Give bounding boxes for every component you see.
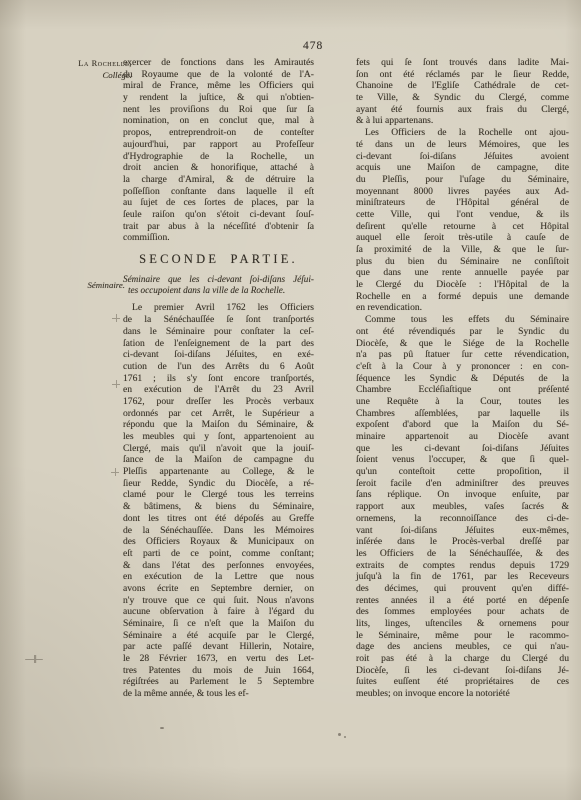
left-column: exercer de fonctions dans les Amirautésd…	[123, 57, 314, 700]
text-line: en exécution de l'Arrêt du 23 Avril	[123, 384, 314, 396]
paragraph-seminaire-1: Le premier Avril 1762 les Officiersde la…	[123, 302, 314, 699]
section-subtitle: Séminaire que les ci-devant ſoi-diſans J…	[123, 274, 314, 297]
text-line: Chanoine de l'Egliſe Cathédrale de cet-	[356, 80, 569, 92]
text-line: ont été révendiqués par le Syndic du	[356, 326, 569, 338]
text-line: ayant été fournis aux frais du Clergé,	[356, 104, 569, 116]
text-line: ſoient venus l'occuper, & que ſi quel-	[356, 454, 569, 466]
handwritten-plus-mark	[112, 380, 120, 388]
text-line: Diocèſe, ſi les ci-devant ſoi-diſans Jé-	[356, 665, 569, 677]
right-column: fets qui ſe ſont trouvés dans ladite Mai…	[356, 57, 569, 700]
text-line: que dans une rente annuelle payée par	[356, 267, 569, 279]
text-line: miral de France, même les Officiers qui	[123, 80, 314, 92]
text-line: ordonnés par cet Arrêt, le Supérieur a	[123, 408, 314, 420]
text-line: nomination, on en conclut que, mal à	[123, 115, 314, 127]
text-line: du Pleſſis, pour l'uſage du Séminaire,	[356, 174, 569, 186]
ink-speck	[160, 727, 164, 729]
text-line: té dans un de leurs Mémoires, que les	[356, 139, 569, 151]
text-line: aucune obſervation à faire à l'égard du	[123, 606, 314, 618]
text-line: c'eſt à la Cour à y prononcer : en con-	[356, 361, 569, 373]
text-line: trait par abus à la néceſſité d'obtenir …	[123, 221, 314, 233]
text-line: des Officiers Royaux & Municipaux on	[123, 536, 314, 548]
text-line: le Clergé du Diocèſe : l'Hôpital de la	[356, 279, 569, 291]
handwritten-plus-mark	[112, 314, 120, 322]
text-line: cette Ville, qui l'ont vendue, & ils	[356, 209, 569, 221]
text-line: expoſent d'abord que la Maiſon du Sé-	[356, 419, 569, 431]
text-line: dans le Séminaire pour conſtater la ceſ-	[123, 326, 314, 338]
text-line: Le premier Avril 1762 les Officiers	[123, 302, 314, 314]
text-line: d'Hydrographie de la Rochelle, un	[123, 151, 314, 163]
text-line: que les ci-devant ſoi-diſans Jéſuites	[356, 443, 569, 455]
text-line: tres Patentes du mois de Juin 1664,	[123, 665, 314, 677]
text-line: meubles; on invoque encore la notoriété	[356, 688, 569, 700]
book-page: 478 La Rochelle, Collége. Séminaire. exe…	[0, 0, 581, 800]
text-line: de la Sénéchauſſée. Dans les Mémoires	[123, 525, 314, 537]
text-line: fets qui ſe ſont trouvés dans ladite Mai…	[356, 57, 569, 69]
ink-speck	[344, 736, 346, 738]
text-line: aujourd'hui, par rapport au Profeſſeur	[123, 139, 314, 151]
text-line: Diocèſe, & que le Siége de la Rochelle	[356, 338, 569, 350]
paragraph-seminaire-1-continued: fets qui ſe ſont trouvés dans ladite Mai…	[356, 57, 569, 127]
text-line: ſans réplique. On invoque enſuite, par	[356, 489, 569, 501]
text-line: Rochelle en a formé depuis une demande	[356, 291, 569, 303]
margin-note-seminaire: Séminaire.	[30, 280, 125, 290]
text-line: dage des anciens meubles, ce qui n'au-	[356, 641, 569, 653]
text-line: les meubles qui y ſont, appartenoient au	[123, 431, 314, 443]
text-line: Séminaire que les ci-devant ſoi-diſans J…	[123, 274, 314, 285]
text-line: ſation de l'enſeignement de la part des	[123, 338, 314, 350]
text-line: ci-devant ſoi-diſans Jéſuites, en exé-	[123, 349, 314, 361]
text-line: des ſommes employées pour achats de	[356, 606, 569, 618]
text-line: vant ſoi-diſans Jéſuites eux-mêmes,	[356, 525, 569, 537]
text-line: de la Sénéchauſſée ſe ſont tranſportés	[123, 314, 314, 326]
ink-speck	[338, 733, 341, 736]
text-line: ſon ont été réclamés par le ſieur Redde,	[356, 69, 569, 81]
text-line: en exécution de la Lettre que nous	[123, 571, 314, 583]
text-line: ſieur Redde, Syndic du Diocèſe, a ré-	[123, 478, 314, 490]
text-line: auquel elle ſeroit très-utile à cauſe de	[356, 232, 569, 244]
text-line: rapport aux meubles, vaſes ſacrés &	[356, 501, 569, 513]
text-line: ſuites euſſent été propriétaires de ces	[356, 676, 569, 688]
text-line: la charge d'Amiral, & de détruire la	[123, 174, 314, 186]
text-line: ſeule raiſon qu'on s'étoit ci-devant ſou…	[123, 209, 314, 221]
text-line: commiſſion.	[123, 232, 314, 244]
text-line: n'y trouve que ce qui ſuit. Nous n'avons	[123, 595, 314, 607]
page-number: 478	[303, 40, 341, 52]
text-line: ſance de la Maiſon de campagne du	[123, 454, 314, 466]
text-line: tes occupoient dans la ville de la Roche…	[123, 285, 314, 296]
text-line: exercer de fonctions dans les Amirautés	[123, 57, 314, 69]
text-line: 1762, pour dreſſer les Procès verbaux	[123, 396, 314, 408]
text-line: avons écrite en Septembre dernier, on	[123, 583, 314, 595]
text-line: qu'un conteſtoit cette propoſition, il	[356, 466, 569, 478]
text-line: te Ville, & Syndic du Clergé, comme	[356, 92, 569, 104]
text-line: propos, entreprendroit-on de conteſter	[123, 127, 314, 139]
text-line: Les Officiers de la Rochelle ont ajou-	[356, 127, 569, 139]
text-line: au ſujet de ces ſortes de places, par la	[123, 197, 314, 209]
text-line: Clergé, mais qu'il n'avoit que la jouiſ-	[123, 443, 314, 455]
paragraph-revendication: Comme tous les effets du Séminaireont ét…	[356, 314, 569, 700]
text-line: Pleſſis appartenante au College, & le	[123, 466, 314, 478]
text-line: des décimes, qui prouvent qu'en diffé-	[356, 583, 569, 595]
text-line: répondu que la Maiſon du Séminaire, &	[123, 419, 314, 431]
text-line: & à lui appartenans.	[356, 115, 569, 127]
margin-note-college: Collége.	[38, 70, 132, 80]
text-line: plus du bien du Séminaire ne conſiſtoit	[356, 256, 569, 268]
section-heading: SECONDE PARTIE.	[123, 254, 314, 266]
text-line: cution de l'un des Arrêts du 6 Août	[123, 361, 314, 373]
text-line: Comme tous les effets du Séminaire	[356, 314, 569, 326]
text-line: une Requête à la Cour, toutes les	[356, 396, 569, 408]
text-line: Chambre Eccléſiaſtique ont préſenté	[356, 384, 569, 396]
text-line: le 28 Février 1673, en vertu des Let-	[123, 653, 314, 665]
text-line: Séminaire, ſi ce n'eſt que la Maiſon du	[123, 618, 314, 630]
text-line: nent les proviſions du Roi que ſur ſa	[123, 104, 314, 116]
text-line: juſqu'à la fin de 1761, par les Receveur…	[356, 571, 569, 583]
text-line: poſſeſſion conſtante dans laquelle il eſ…	[123, 186, 314, 198]
text-line: n'a pas pû ſtatuer ſur cette révendicati…	[356, 349, 569, 361]
text-line: par acte paſſé devant Hillerin, Notaire,	[123, 641, 314, 653]
text-line: moyennant 8000 livres payées aux Ad-	[356, 186, 569, 198]
text-line: en revendication.	[356, 302, 569, 314]
text-line: y rendent la juſtice, & qui n'obtien-	[123, 92, 314, 104]
text-line: dont les titres ont été dépoſés au Greff…	[123, 513, 314, 525]
text-line: Chambres aſſemblées, par laquelle ils	[356, 408, 569, 420]
text-line: ornemens, la reconnoiſſance des ci-de-	[356, 513, 569, 525]
text-line: les Officiers de la Sénéchauſſée, & des	[356, 548, 569, 560]
text-line: le Séminaire, même pour le racommo-	[356, 630, 569, 642]
text-line: de la même année, & tous les ef-	[123, 688, 314, 700]
text-line: & bâtimens, & biens du Séminaire,	[123, 501, 314, 513]
text-line: ſéquence les Syndic & Députés de la	[356, 373, 569, 385]
text-line: inſérée dans le Procès-verbal dreſſé par	[356, 536, 569, 548]
handwritten-plus-mark	[111, 468, 119, 476]
text-line: eſt parti de ce point, comme conſtant;	[123, 548, 314, 560]
text-line: roit pas été à la charge du Clergé du	[356, 653, 569, 665]
text-line: Séminaire a été acquiſe par le Clergé,	[123, 630, 314, 642]
text-line: ſeroit facile d'en adminiſtrer des preuv…	[356, 478, 569, 490]
text-line: acquis une Maiſon de campagne, dite	[356, 162, 569, 174]
text-line: rentes années il a été porté en dépenſe	[356, 595, 569, 607]
text-line: droit ancien & honorifique, attaché à	[123, 162, 314, 174]
text-line: & dans l'état des perſonnes envoyées,	[123, 560, 314, 572]
text-line: minaire appartenoit au Diocèſe avant	[356, 431, 569, 443]
text-line: du Royaume que de la volonté de l'A-	[123, 69, 314, 81]
paragraph-officiers-rochelle: Les Officiers de la Rochelle ont ajou-té…	[356, 127, 569, 314]
margin-note-la-rochelle: La Rochelle,	[38, 59, 132, 68]
text-line: 1761 ; ils s'y ſont encore tranſportés,	[123, 373, 314, 385]
text-line: régiſtrées au Parlement le 5 Septembre	[123, 676, 314, 688]
text-line: ſa proximité de la Ville, & que le ſur-	[356, 244, 569, 256]
handwritten-plus-mark	[25, 655, 43, 663]
text-line: miniſtrateurs de l'Hôpital général de	[356, 197, 569, 209]
paragraph-amiraute: exercer de fonctions dans les Amirautésd…	[123, 57, 314, 244]
text-line: ci-devant ſoi-diſans Jéſuites avoient	[356, 151, 569, 163]
text-line: lits, linges, uſtenciles & ornemens pour	[356, 618, 569, 630]
text-line: deſirent qu'elle retourne à cet Hôpital	[356, 221, 569, 233]
text-line: clamé pour le Clergé tous les terreins	[123, 489, 314, 501]
text-line: extraits de comptes rendus depuis 1729	[356, 560, 569, 572]
